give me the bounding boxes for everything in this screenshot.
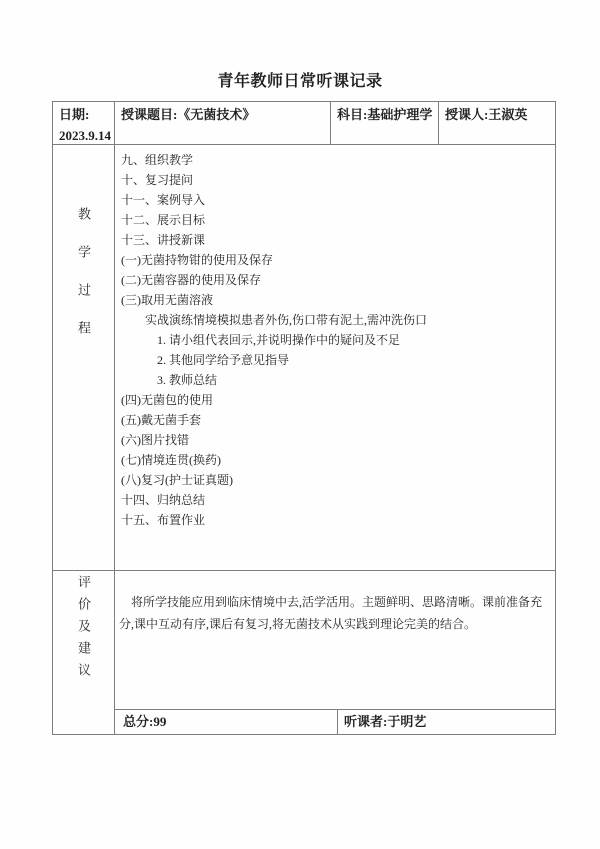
total-score-label: 总分: xyxy=(123,714,153,729)
process-line: 实战演练情境模拟患者外伤,伤口带有泥土,需冲洗伤口 xyxy=(115,310,555,330)
process-line: (二)无菌容器的使用及保存 xyxy=(115,270,555,290)
process-line: 2. 其他同学给予意见指导 xyxy=(115,350,555,370)
process-line: 十三、讲授新课 xyxy=(115,230,555,250)
observer-value: 于明艺 xyxy=(387,714,426,729)
process-line: (一)无菌持物钳的使用及保存 xyxy=(115,250,555,270)
process-line: 十五、布置作业 xyxy=(115,510,555,530)
lecturer-label: 授课人: xyxy=(445,107,488,122)
process-line: (三)取用无菌溶液 xyxy=(115,290,555,310)
process-line: 九、组织教学 xyxy=(115,150,555,170)
observer-label: 听课者: xyxy=(344,714,387,729)
subject-cell: 科目:基础护理学 xyxy=(331,102,439,144)
date-label: 日期: xyxy=(59,104,111,125)
process-row: 教学过程 九、组织教学 十、复习提问 十一、案例导入 十二、展示目标 十三、讲授… xyxy=(53,145,555,571)
process-content-cell: 九、组织教学 十、复习提问 十一、案例导入 十二、展示目标 十三、讲授新课 (一… xyxy=(115,145,555,570)
subject-value: 基础护理学 xyxy=(367,107,432,122)
page-title: 青年教师日常听课记录 xyxy=(0,68,600,91)
topic-value: 《无菌技术》 xyxy=(177,107,255,122)
topic-cell: 授课题目:《无菌技术》 xyxy=(115,102,331,144)
process-line: (七)情境连贯(换药) xyxy=(115,450,555,470)
score-row: 总分:99 听课者:于明艺 xyxy=(115,709,555,734)
evaluation-main-cell: 将所学技能应用到临床情境中去,活学活用。主题鲜明、思路清晰。课前准备充分,课中互… xyxy=(115,571,555,734)
document-page: 青年教师日常听课记录 日期: 2023.9.14 授课题目:《无菌技术》 科目:… xyxy=(0,0,600,849)
lecturer-cell: 授课人:王淑英 xyxy=(439,102,555,144)
lecturer-value: 王淑英 xyxy=(488,107,527,122)
process-line: 1. 请小组代表回示,并说明操作中的疑问及不足 xyxy=(115,330,555,350)
subject-label: 科目: xyxy=(337,107,367,122)
date-value: 2023.9.14 xyxy=(59,125,111,144)
process-line: 十、复习提问 xyxy=(115,170,555,190)
process-line: (五)戴无菌手套 xyxy=(115,410,555,430)
evaluation-row-label: 评价及建议 xyxy=(74,571,93,734)
table-header-row: 日期: 2023.9.14 授课题目:《无菌技术》 科目:基础护理学 授课人:王… xyxy=(53,102,555,145)
process-line: 十四、归纳总结 xyxy=(115,490,555,510)
observer-cell: 听课者:于明艺 xyxy=(338,710,555,734)
topic-label: 授课题目: xyxy=(121,107,177,122)
total-score-cell: 总分:99 xyxy=(115,710,338,734)
process-line: (六)图片找错 xyxy=(115,430,555,450)
record-table: 日期: 2023.9.14 授课题目:《无菌技术》 科目:基础护理学 授课人:王… xyxy=(52,101,556,735)
process-line: 3. 教师总结 xyxy=(115,370,555,390)
date-cell: 日期: 2023.9.14 xyxy=(53,102,115,144)
process-line: (八)复习(护士证真题) xyxy=(115,470,555,490)
process-row-label: 教学过程 xyxy=(74,145,93,570)
process-line: 十二、展示目标 xyxy=(115,210,555,230)
total-score-value: 99 xyxy=(153,714,166,729)
evaluation-row: 评价及建议 将所学技能应用到临床情境中去,活学活用。主题鲜明、思路清晰。课前准备… xyxy=(53,571,555,734)
process-label-cell: 教学过程 xyxy=(53,145,115,570)
evaluation-text: 将所学技能应用到临床情境中去,活学活用。主题鲜明、思路清晰。课前准备充分,课中互… xyxy=(115,571,555,709)
evaluation-label-cell: 评价及建议 xyxy=(53,571,115,734)
process-line: (四)无菌包的使用 xyxy=(115,390,555,410)
process-line: 十一、案例导入 xyxy=(115,190,555,210)
